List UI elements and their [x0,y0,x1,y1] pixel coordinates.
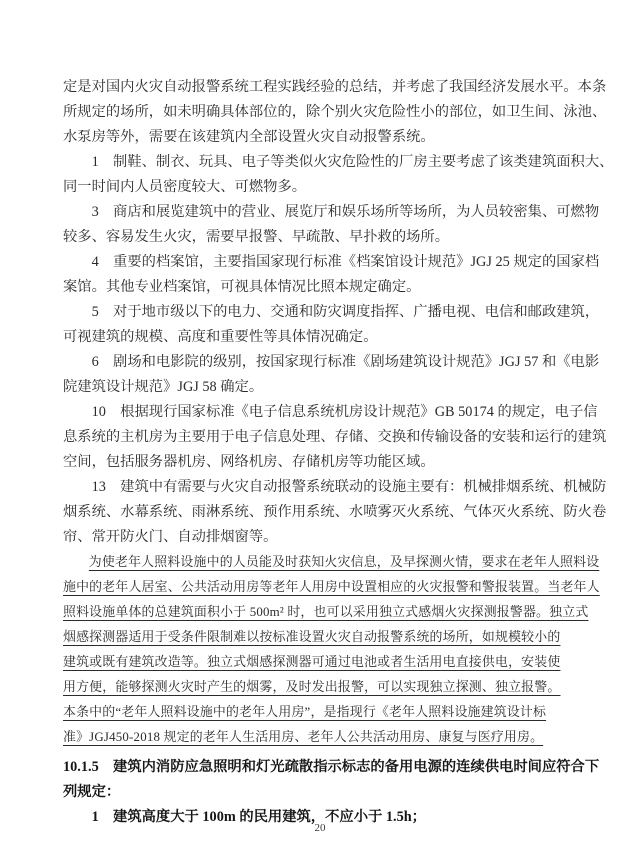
text-line: 案馆。其他专业档案馆，可视具体情况比照本规定确定。 [63,275,580,300]
text-line: 3 商店和展览建筑中的营业、展览厅和娱乐场所等场所，为人员较密集、可燃物 [63,200,580,225]
text-line: 10.1.5 建筑内消防应急照明和灯光疏散指示标志的备用电源的连续供电时间应符合… [63,755,580,780]
text-line: 定是对国内火灾自动报警系统工程实践经验的总结，并考虑了我国经济发展水平。本条 [63,75,580,100]
text-line: 施中的老年人居室、公共活动用房等老年人用房中设置相应的火灾报警和警报装置。当老年… [63,575,580,600]
text-line: 同一时间内人员密度较大、可燃物多。 [63,175,580,200]
document-page: 定是对国内火灾自动报警系统工程实践经验的总结，并考虑了我国经济发展水平。本条所规… [0,0,640,864]
text-line: 建筑或既有建筑改造等。独立式烟感探测器可通过电池或者生活用电直接供电，安装使 [63,650,580,675]
text-line: 所规定的场所，如未明确具体部位的，除个别火灾危险性小的部位，如卫生间、泳池、 [63,100,580,125]
text-line: 照料设施单体的总建筑面积小于 500m² 时，也可以采用独立式感烟火灾探测报警器… [63,600,580,625]
text-line: 帘、常开防火门、自动排烟窗等。 [63,525,580,550]
page-content: 定是对国内火灾自动报警系统工程实践经验的总结，并考虑了我国经济发展水平。本条所规… [63,75,580,830]
text-line: 4 重要的档案馆，主要指国家现行标准《档案馆设计规范》JGJ 25 规定的国家档 [63,250,580,275]
text-line: 列规定： [63,780,580,805]
page-number: 20 [0,822,640,834]
text-line: 烟感探测器适用于受条件限制难以按标准设置火灾自动报警系统的场所，如规模较小的 [63,625,580,650]
text-line: 10 根据现行国家标准《电子信息系统机房设计规范》GB 50174 的规定，电子… [63,400,580,425]
text-line: 空间，包括服务器机房、网络机房、存储机房等功能区域。 [63,450,580,475]
text-line: 用方便，能够探测火灾时产生的烟雾，及时发出报警，可以实现独立探测、独立报警。 [63,675,580,700]
text-line: 本条中的“老年人照料设施中的老年人用房”，是指现行《老年人照料设施建筑设计标 [63,700,580,725]
text-line: 准》JGJ450-2018 规定的老年人生活用房、老年人公共活动用房、康复与医疗… [63,725,580,750]
text-line: 5 对于地市级以下的电力、交通和防灾调度指挥、广播电视、电信和邮政建筑， [63,300,580,325]
text-line: 院建筑设计规范》JGJ 58 确定。 [63,375,580,400]
text-line: 烟系统、水幕系统、雨淋系统、预作用系统、水喷雾灭火系统、气体灭火系统、防火卷 [63,500,580,525]
text-line: 较多、容易发生火灾，需要早报警、早疏散、早扑救的场所。 [63,225,580,250]
text-line: 1 制鞋、制衣、玩具、电子等类似火灾危险性的厂房主要考虑了该类建筑面积大、 [63,150,580,175]
text-line: 水泵房等外，需要在该建筑内全部设置火灾自动报警系统。 [63,125,580,150]
text-line: 13 建筑中有需要与火灾自动报警系统联动的设施主要有：机械排烟系统、机械防 [63,475,580,500]
text-line: 可视建筑的规模、高度和重要性等具体情况确定。 [63,325,580,350]
text-line: 息系统的主机房为主要用于电子信息处理、存储、交换和传输设备的安装和运行的建筑 [63,425,580,450]
text-line: 为使老年人照料设施中的人员能及时获知火灾信息，及早探测火情，要求在老年人照料设 [63,550,580,575]
text-line: 6 剧场和电影院的级别，按国家现行标准《剧场建筑设计规范》JGJ 57 和《电影 [63,350,580,375]
